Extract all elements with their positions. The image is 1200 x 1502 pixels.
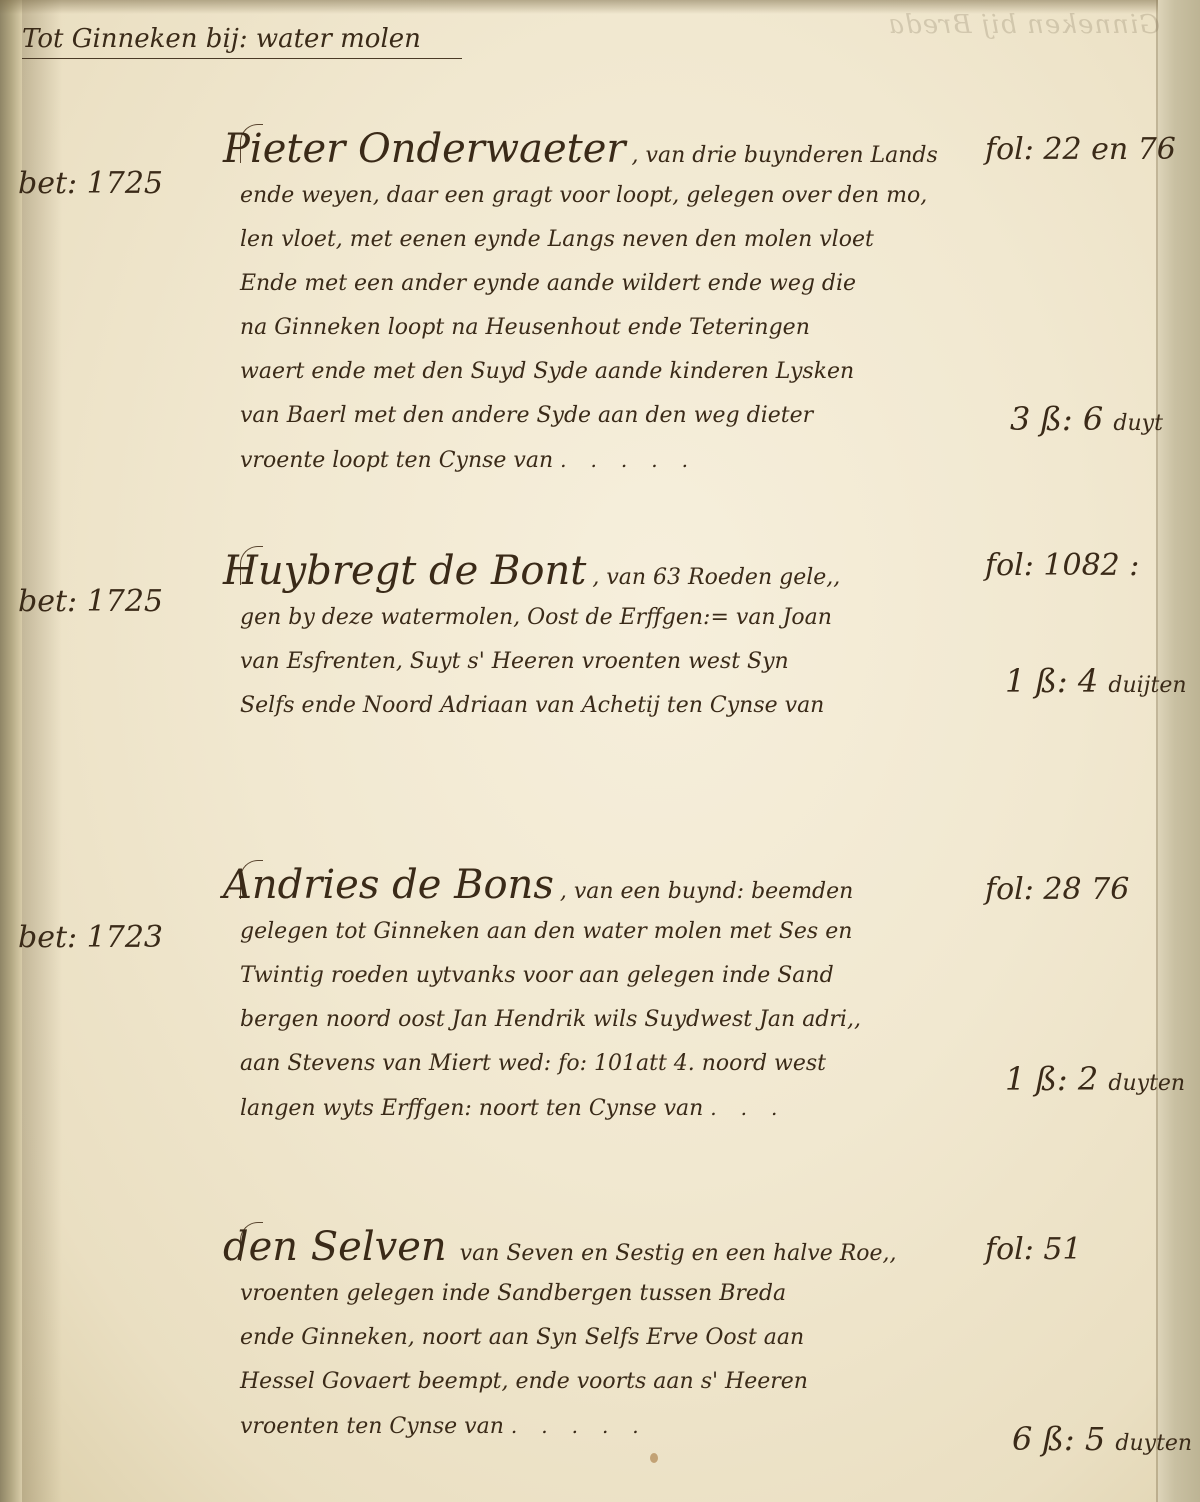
- entry-3-line-3: Twintig roeden uytvanks voor aan gelegen…: [240, 954, 1000, 998]
- entry-4-line-2: vroenten gelegen inde Sandbergen tussen …: [240, 1272, 1000, 1316]
- ink-stain: [650, 1453, 658, 1463]
- entry-2-amount-unit: duijten: [1108, 673, 1186, 698]
- entry-3-bet-year: bet: 1723: [18, 920, 163, 955]
- entry-2-name: Huybregt de Bont: [223, 548, 586, 594]
- entry-1-line-4: Ende met een ander eynde aande wildert e…: [240, 262, 1000, 306]
- entry-3: Andries de Bons, van een buynd: beemden …: [240, 860, 1000, 1130]
- entry-2-line-4: Selfs ende Noord Adriaan van Achetij ten…: [240, 684, 1000, 728]
- entry-1: Pieter Onderwaeter, van drie buynderen L…: [240, 124, 1000, 482]
- entry-3-line-1: Andries de Bons, van een buynd: beemden: [240, 860, 1000, 910]
- entry-4: den Selven van Seven en Sestig en een ha…: [240, 1222, 1000, 1448]
- bleed-through-text: Ginneken bij Breda: [760, 10, 1160, 40]
- ledger-page: Ginneken bij Breda Tot Ginneken bij: wat…: [0, 0, 1200, 1502]
- entry-2-folio: fol: 1082 :: [985, 548, 1139, 583]
- entry-3-name: Andries de Bons: [223, 862, 554, 908]
- page-edge-shadow: [22, 0, 62, 1502]
- entry-3-amount: 1 ß: 2 duyten: [1005, 1060, 1185, 1098]
- entry-1-bet-year: bet: 1725: [18, 166, 163, 201]
- entry-1-amount: 3 ß: 6 duyt: [1010, 400, 1163, 438]
- entry-4-line-5: vroenten ten Cynse van .....: [240, 1404, 1000, 1448]
- entry-1-line-1: Pieter Onderwaeter, van drie buynderen L…: [240, 124, 1000, 174]
- entry-2-line-2: gen by deze watermolen, Oost de Erffgen:…: [240, 596, 1000, 640]
- entry-3-line-6: langen wyts Erffgen: noort ten Cynse van…: [240, 1086, 1000, 1130]
- page-edge: [0, 0, 22, 1502]
- entry-3-amount-unit: duyten: [1108, 1071, 1185, 1096]
- entry-1-line-6: waert ende met den Suyd Syde aande kinde…: [240, 350, 1000, 394]
- leader-dots: .....: [560, 448, 712, 472]
- entry-3-line-2: gelegen tot Ginneken aan den water molen…: [240, 910, 1000, 954]
- entry-1-line-7: van Baerl met den andere Syde aan den we…: [240, 394, 1000, 438]
- entry-2: Huybregt de Bont, van 63 Roeden gele,, g…: [240, 546, 1000, 728]
- entry-4-line-3: ende Ginneken, noort aan Syn Selfs Erve …: [240, 1316, 1000, 1360]
- entry-1-line-3: len vloet, met eenen eynde Langs neven d…: [240, 218, 1000, 262]
- entry-4-amount-unit: duyten: [1115, 1431, 1192, 1456]
- entry-1-amount-unit: duyt: [1113, 411, 1163, 436]
- binding-gutter: [1158, 0, 1200, 1502]
- entry-1-folio: fol: 22 en 76: [985, 132, 1176, 167]
- entry-4-line-1: den Selven van Seven en Sestig en een ha…: [240, 1222, 1000, 1272]
- entry-3-line-4: bergen noord oost Jan Hendrik wils Suydw…: [240, 998, 1000, 1042]
- entry-2-bet-year: bet: 1725: [18, 584, 163, 619]
- entry-2-line-3: van Esfrenten, Suyt s' Heeren vroenten w…: [240, 640, 1000, 684]
- entry-2-line-1: Huybregt de Bont, van 63 Roeden gele,,: [240, 546, 1000, 596]
- entry-1-line-8: vroente loopt ten Cynse van .....: [240, 438, 1000, 482]
- entry-4-name: den Selven: [223, 1224, 447, 1270]
- entry-4-line-4: Hessel Govaert beempt, ende voorts aan s…: [240, 1360, 1000, 1404]
- entry-1-line-5: na Ginneken loopt na Heusenhout ende Tet…: [240, 306, 1000, 350]
- entry-1-line-2: ende weyen, daar een gragt voor loopt, g…: [240, 174, 1000, 218]
- entry-1-name: Pieter Onderwaeter: [223, 126, 626, 172]
- entry-4-folio: fol: 51: [985, 1232, 1082, 1267]
- leader-dots: ...: [710, 1096, 801, 1120]
- entry-3-folio: fol: 28 76: [985, 872, 1129, 907]
- entry-4-amount: 6 ß: 5 duyten: [1012, 1420, 1192, 1458]
- page-heading: Tot Ginneken bij: water molen: [22, 24, 462, 59]
- entry-2-amount: 1 ß: 4 duijten: [1005, 662, 1187, 700]
- entry-3-line-5: aan Stevens van Miert wed: fo: 101att 4.…: [240, 1042, 1000, 1086]
- leader-dots: .....: [511, 1414, 663, 1438]
